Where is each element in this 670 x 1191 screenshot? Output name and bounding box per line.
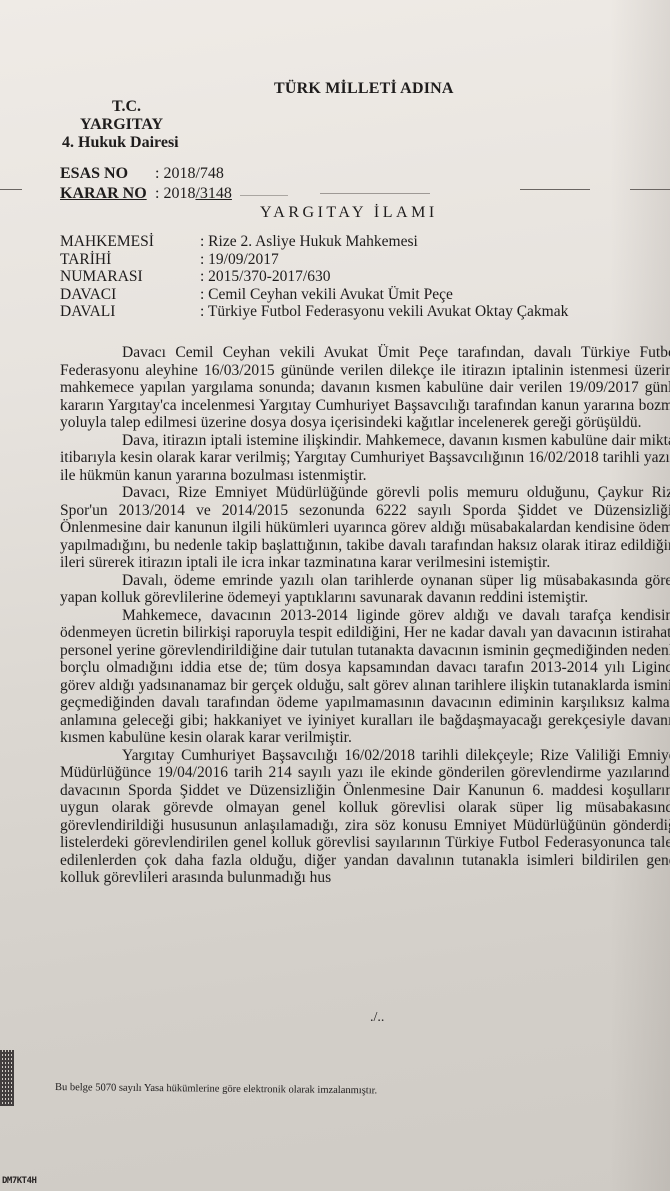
- esas-row: ESAS NO : 2018/748: [60, 164, 232, 184]
- party-key: DAVALI: [60, 303, 200, 321]
- paragraph: Davalı, ödeme emrinde yazılı olan tarihl…: [60, 572, 670, 607]
- divider-line: [320, 193, 430, 194]
- party-row: TARİHİ: 19/09/2017: [60, 251, 568, 269]
- karar-row: KARAR NO : 2018/3148: [60, 184, 232, 204]
- party-key: MAHKEMESİ: [60, 233, 200, 251]
- party-value: : 2015/370-2017/630: [200, 268, 330, 286]
- party-row: NUMARASI: 2015/370-2017/630: [60, 268, 568, 286]
- karar-value: : 2018/3148: [155, 184, 232, 204]
- court-name: YARGITAY: [62, 116, 182, 134]
- decision-body: Davacı Cemil Ceyhan vekili Avukat Ümit P…: [60, 344, 670, 887]
- karar-value-prefix: : 2018: [155, 185, 195, 202]
- paragraph: Mahkemece, davacının 2013-2014 liginde g…: [60, 607, 670, 747]
- esas-value: : 2018/748: [155, 164, 224, 184]
- qr-code-icon: [0, 1050, 14, 1106]
- chamber-name: 4. Hukuk Dairesi: [62, 134, 182, 152]
- party-row: MAHKEMESİ: Rize 2. Asliye Hukuk Mahkemes…: [60, 233, 568, 251]
- karar-value-suffix: /3148: [195, 185, 231, 202]
- document-page: TÜRK MİLLETİ ADINA T.C. YARGITAY 4. Huku…: [0, 0, 670, 1191]
- court-header: T.C. YARGITAY 4. Hukuk Dairesi: [62, 98, 182, 152]
- divider-line: [630, 189, 670, 190]
- karar-label: KARAR NO: [60, 184, 155, 204]
- parties-block: MAHKEMESİ: Rize 2. Asliye Hukuk Mahkemes…: [60, 233, 568, 321]
- party-key: DAVACI: [60, 286, 200, 304]
- party-key: TARİHİ: [60, 251, 200, 269]
- paragraph: Davacı, Rize Emniyet Müdürlüğünde görevl…: [60, 484, 670, 572]
- party-key: NUMARASI: [60, 268, 200, 286]
- party-value: : Rize 2. Asliye Hukuk Mahkemesi: [200, 233, 418, 251]
- country-label: T.C.: [62, 98, 182, 116]
- paragraph: Yargıtay Cumhuriyet Başsavcılığı 16/02/2…: [60, 747, 670, 887]
- case-numbers: ESAS NO : 2018/748 KARAR NO : 2018/3148: [60, 164, 232, 204]
- divider-line: [240, 195, 288, 196]
- paragraph: Davacı Cemil Ceyhan vekili Avukat Ümit P…: [60, 344, 670, 432]
- paragraph: Dava, itirazın iptali istemine ilişkindi…: [60, 432, 670, 485]
- party-value: : Cemil Ceyhan vekili Avukat Ümit Peçe: [200, 286, 453, 304]
- e-signature-note: Bu belge 5070 sayılı Yasa hükümlerine gö…: [55, 1082, 377, 1096]
- divider-line: [0, 189, 22, 190]
- party-value: : 19/09/2017: [200, 251, 279, 269]
- party-row: DAVACI: Cemil Ceyhan vekili Avukat Ümit …: [60, 286, 568, 304]
- party-value: : Türkiye Futbol Federasyonu vekili Avuk…: [200, 303, 568, 321]
- continuation-mark: ./..: [370, 1010, 384, 1026]
- esas-label: ESAS NO: [60, 164, 155, 184]
- party-row: DAVALI: Türkiye Futbol Federasyonu vekil…: [60, 303, 568, 321]
- document-title: YARGITAY İLAMI: [260, 204, 438, 222]
- motto-heading: TÜRK MİLLETİ ADINA: [274, 80, 454, 98]
- verification-code: DM7KT4H: [2, 1176, 36, 1186]
- divider-line: [520, 189, 590, 190]
